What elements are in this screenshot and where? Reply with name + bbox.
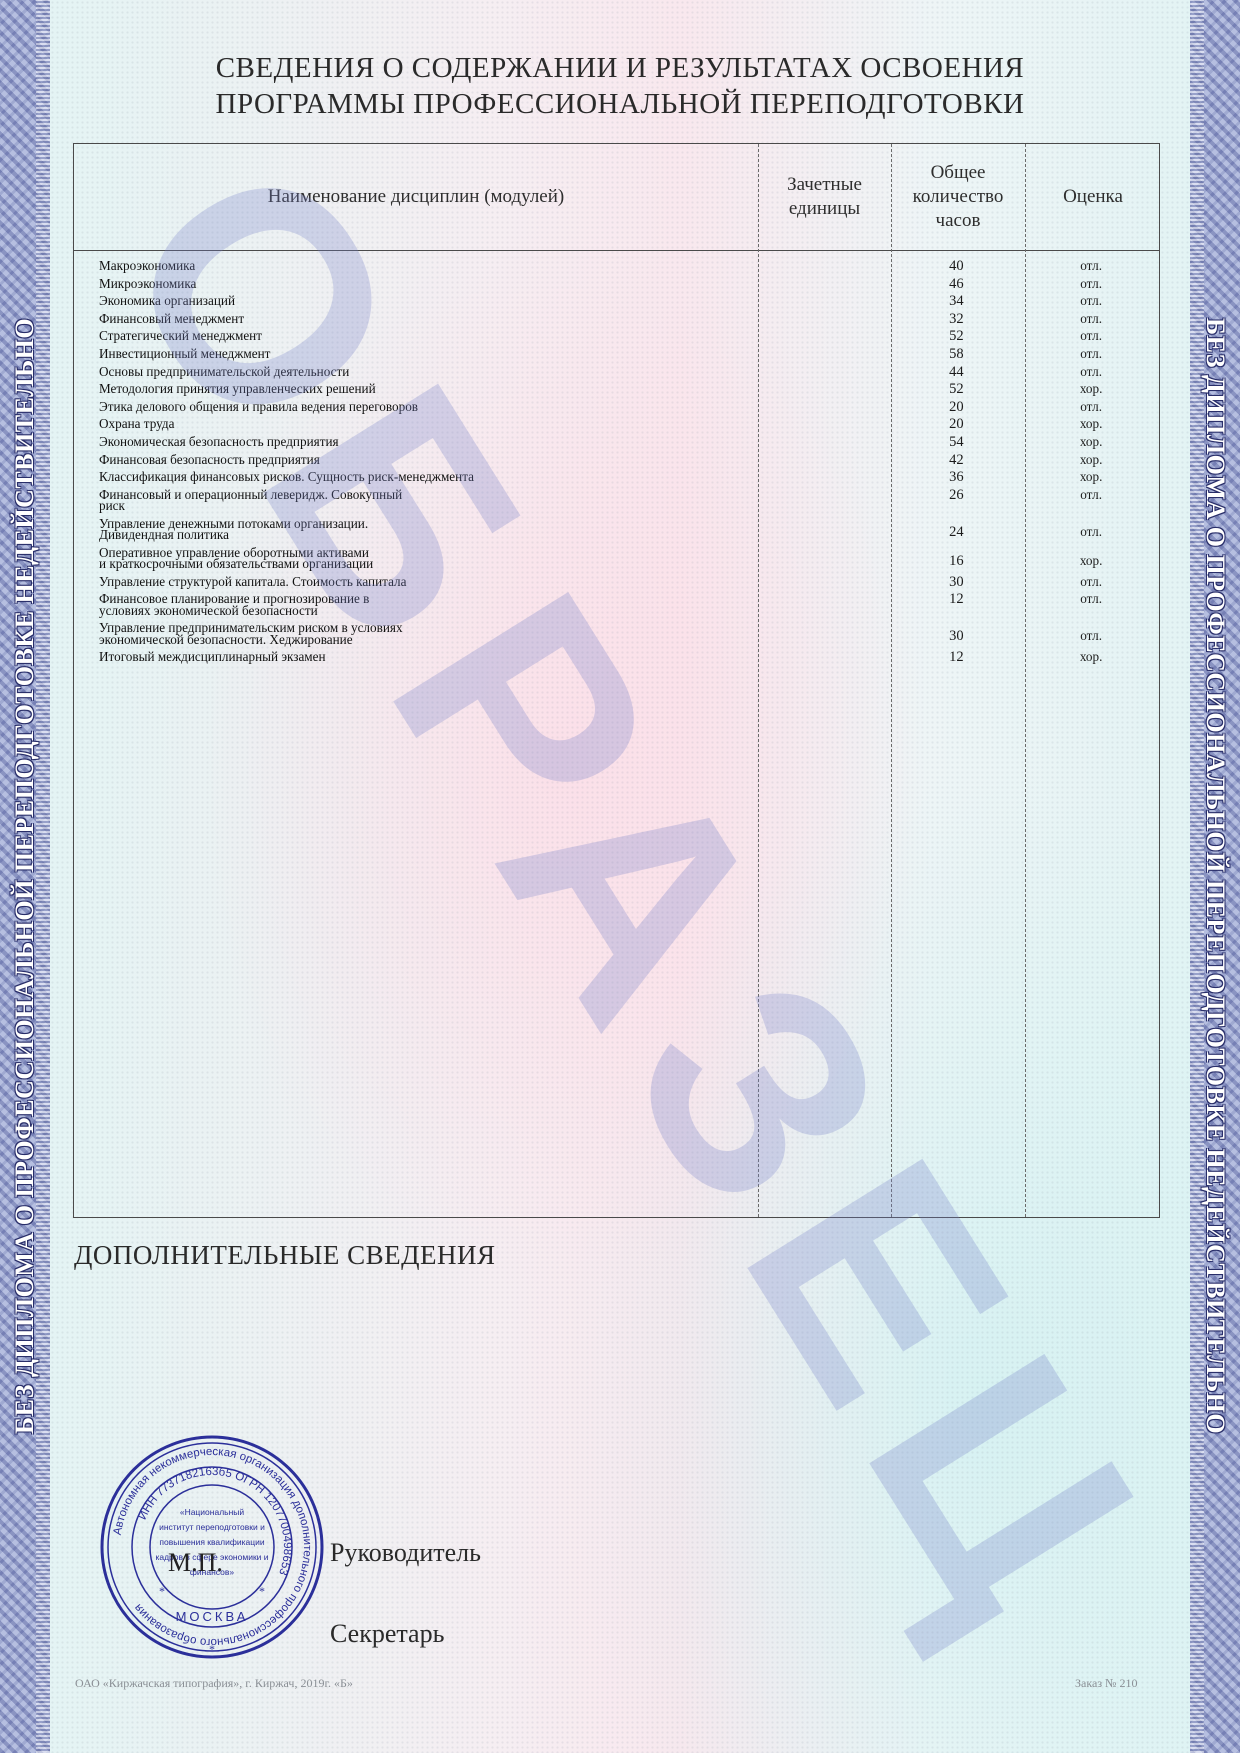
total-hours: 12: [890, 593, 1024, 606]
grade: отл.: [1023, 366, 1159, 377]
grade: хор.: [1023, 547, 1159, 566]
total-hours: 52: [890, 330, 1024, 343]
seal-place-label: М.П.: [168, 1548, 223, 1578]
discipline-name: Экономика организаций: [74, 295, 757, 306]
discipline-name: Финансовый менеджмент: [74, 313, 757, 324]
total-hours: 42: [890, 454, 1024, 467]
grade: хор.: [1023, 436, 1159, 447]
organization-seal-stamp: Автономная некоммерческая организация до…: [100, 1435, 324, 1659]
discipline-name: Этика делового общения и правила ведения…: [74, 401, 757, 412]
printer-imprint: ОАО «Киржачская типография», г. Киржач, …: [75, 1676, 353, 1691]
discipline-name: Финансовое планирование и прогнозировани…: [74, 593, 757, 615]
total-hours: 20: [890, 418, 1024, 431]
table-row: Управление предпринимательским риском в …: [74, 622, 1159, 651]
total-hours: 46: [890, 278, 1024, 291]
total-hours: 32: [890, 313, 1024, 326]
total-hours: 58: [890, 348, 1024, 361]
discipline-name: Стратегический менеджмент: [74, 330, 757, 341]
grade: отл.: [1023, 518, 1159, 537]
disciplines-table: Наименование дисциплин (модулей) Зачетны…: [73, 143, 1160, 1218]
grade: отл.: [1023, 295, 1159, 306]
total-hours: 26: [890, 489, 1024, 502]
discipline-name: Оперативное управление оборотными актива…: [74, 547, 757, 569]
grade: отл.: [1023, 260, 1159, 271]
grade: хор.: [1023, 454, 1159, 465]
grade: отл.: [1023, 489, 1159, 500]
table-row: Финансовый и операционный леверидж. Сово…: [74, 489, 1159, 518]
header-discipline-name: Наименование дисциплин (модулей): [74, 144, 758, 250]
grade: отл.: [1023, 348, 1159, 359]
right-security-band: БЕЗ ДИПЛОМА О ПРОФЕССИОНАЛЬНОЙ ПЕРЕПОДГО…: [1190, 0, 1240, 1753]
table-body: Макроэкономика40отл.Микроэкономика46отл.…: [74, 260, 1159, 669]
table-row: Этика делового общения и правила ведения…: [74, 401, 1159, 419]
discipline-name: Управление предпринимательским риском в …: [74, 622, 757, 644]
total-hours: 40: [890, 260, 1024, 273]
total-hours: 36: [890, 471, 1024, 484]
grade: отл.: [1023, 576, 1159, 587]
table-row: Управление денежными потоками организаци…: [74, 518, 1159, 547]
grade: отл.: [1023, 330, 1159, 341]
discipline-name: Основы предпринимательской деятельности: [74, 366, 757, 377]
stamp-star-icon: *: [159, 1584, 165, 1598]
title-line-1: СВЕДЕНИЯ О СОДЕРЖАНИИ И РЕЗУЛЬТАТАХ ОСВО…: [150, 50, 1090, 86]
total-hours: 52: [890, 383, 1024, 396]
grade: хор.: [1023, 471, 1159, 482]
stamp-star-icon: *: [209, 1642, 215, 1656]
total-hours: 20: [890, 401, 1024, 414]
total-hours: 12: [890, 651, 1024, 664]
discipline-name: Финансовый и операционный леверидж. Сово…: [74, 489, 757, 511]
svg-text:«Национальный: «Национальный: [180, 1507, 245, 1517]
discipline-name: Экономическая безопасность предприятия: [74, 436, 757, 447]
left-security-band: БЕЗ ДИПЛОМА О ПРОФЕССИОНАЛЬНОЙ ПЕРЕПОДГО…: [0, 0, 50, 1753]
total-hours: 54: [890, 436, 1024, 449]
discipline-name: Охрана труда: [74, 418, 757, 429]
svg-text:институт переподготовки и: институт переподготовки и: [159, 1522, 265, 1532]
grade: хор.: [1023, 651, 1159, 662]
secretary-signature-label: Секретарь: [330, 1619, 444, 1649]
grade: хор.: [1023, 383, 1159, 394]
grade: хор.: [1023, 418, 1159, 429]
total-hours: 16: [890, 547, 1024, 568]
total-hours: 30: [890, 576, 1024, 589]
header-grade: Оценка: [1025, 144, 1161, 250]
grade: отл.: [1023, 593, 1159, 604]
stamp-city: МОСКВА: [176, 1609, 249, 1624]
total-hours: 44: [890, 366, 1024, 379]
table-row: Итоговый междисциплинарный экзамен12хор.: [74, 651, 1159, 669]
header-total-hours: Общее количество часов: [891, 144, 1025, 250]
head-signature-label: Руководитель: [330, 1538, 481, 1568]
title-line-2: ПРОГРАММЫ ПРОФЕССИОНАЛЬНОЙ ПЕРЕПОДГОТОВК…: [150, 86, 1090, 122]
order-number: Заказ № 210: [1075, 1676, 1138, 1691]
header-credits: Зачетные единицы: [758, 144, 891, 250]
discipline-name: Микроэкономика: [74, 278, 757, 289]
left-band-text: БЕЗ ДИПЛОМА О ПРОФЕССИОНАЛЬНОЙ ПЕРЕПОДГО…: [10, 318, 40, 1434]
table-row: Инвестиционный менеджмент58отл.: [74, 348, 1159, 366]
table-row: Экономическая безопасность предприятия54…: [74, 436, 1159, 454]
table-row: Оперативное управление оборотными актива…: [74, 547, 1159, 576]
discipline-name: Классификация финансовых рисков. Сущност…: [74, 471, 757, 482]
discipline-name: Управление структурой капитала. Стоимост…: [74, 576, 757, 587]
table-row: Макроэкономика40отл.: [74, 260, 1159, 278]
discipline-name: Макроэкономика: [74, 260, 757, 271]
total-hours: 30: [890, 622, 1024, 643]
grade: отл.: [1023, 622, 1159, 641]
discipline-name: Управление денежными потоками организаци…: [74, 518, 757, 540]
grade: отл.: [1023, 313, 1159, 324]
header-divider: [74, 250, 1159, 251]
total-hours: 34: [890, 295, 1024, 308]
table-row: Микроэкономика46отл.: [74, 278, 1159, 296]
discipline-name: Финансовая безопасность предприятия: [74, 454, 757, 465]
grade: отл.: [1023, 278, 1159, 289]
grade: отл.: [1023, 401, 1159, 412]
discipline-name: Инвестиционный менеджмент: [74, 348, 757, 359]
additional-info-heading: ДОПОЛНИТЕЛЬНЫЕ СВЕДЕНИЯ: [74, 1240, 496, 1271]
stamp-star-icon: *: [259, 1584, 265, 1598]
table-row: Финансовое планирование и прогнозировани…: [74, 593, 1159, 622]
total-hours: 24: [890, 518, 1024, 539]
svg-text:повышения квалификации: повышения квалификации: [159, 1537, 264, 1547]
page-title: СВЕДЕНИЯ О СОДЕРЖАНИИ И РЕЗУЛЬТАТАХ ОСВО…: [150, 50, 1090, 122]
discipline-name: Итоговый междисциплинарный экзамен: [74, 651, 757, 662]
discipline-name: Методология принятия управленческих реше…: [74, 383, 757, 394]
right-band-text: БЕЗ ДИПЛОМА О ПРОФЕССИОНАЛЬНОЙ ПЕРЕПОДГО…: [1200, 318, 1230, 1434]
